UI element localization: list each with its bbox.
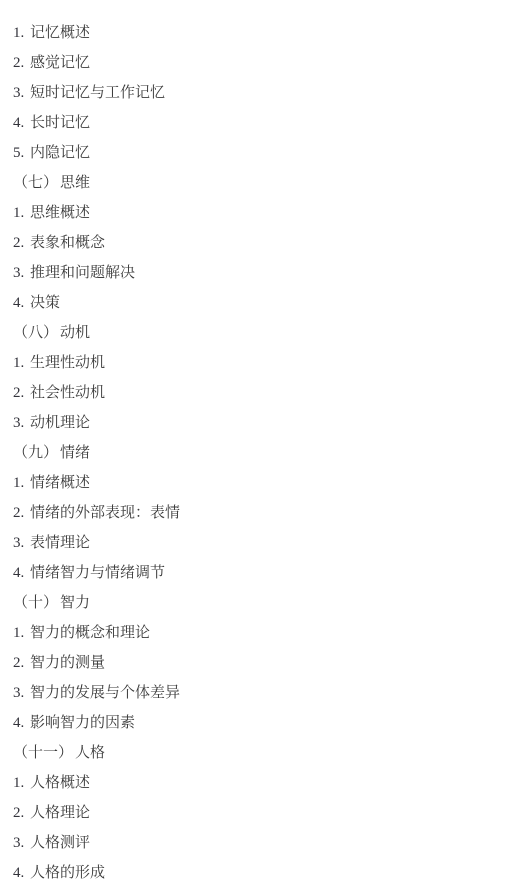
outline-item: 3.推理和问题解决 xyxy=(13,258,513,288)
section-title: 动机 xyxy=(60,318,90,348)
item-number: 1. xyxy=(13,618,30,648)
item-text: 表情理论 xyxy=(30,528,90,558)
outline-item: 1.记忆概述 xyxy=(13,18,513,48)
item-number: 4. xyxy=(13,288,30,318)
outline-item: 1.情绪概述 xyxy=(13,468,513,498)
section-number: （十） xyxy=(13,588,58,618)
item-number: 1. xyxy=(13,198,30,228)
item-number: 2. xyxy=(13,798,30,828)
item-number: 2. xyxy=(13,378,30,408)
outline-item: 2.情绪的外部表现：表情 xyxy=(13,498,513,528)
item-number: 3. xyxy=(13,828,30,858)
item-number: 3. xyxy=(13,678,30,708)
item-text: 人格的形成 xyxy=(30,858,105,888)
section-number: （八） xyxy=(13,318,58,348)
section-heading: （九）情绪 xyxy=(13,438,513,468)
item-text: 决策 xyxy=(30,288,60,318)
item-number: 4. xyxy=(13,858,30,888)
section-heading: （十一）人格 xyxy=(13,738,513,768)
outline-item: 1.智力的概念和理论 xyxy=(13,618,513,648)
item-text: 情绪的外部表现：表情 xyxy=(30,498,180,528)
outline-item: 4.情绪智力与情绪调节 xyxy=(13,558,513,588)
item-text: 情绪概述 xyxy=(30,468,90,498)
section-number: （十一） xyxy=(13,738,73,768)
section-heading: （十）智力 xyxy=(13,588,513,618)
outline-item: 5.内隐记忆 xyxy=(13,138,513,168)
item-text: 推理和问题解决 xyxy=(30,258,135,288)
item-number: 1. xyxy=(13,348,30,378)
section-title: 思维 xyxy=(60,168,90,198)
item-text: 人格概述 xyxy=(30,768,90,798)
item-text: 内隐记忆 xyxy=(30,138,90,168)
outline-item: 1.思维概述 xyxy=(13,198,513,228)
section-heading: （八）动机 xyxy=(13,318,513,348)
item-text: 人格测评 xyxy=(30,828,90,858)
item-number: 2. xyxy=(13,648,30,678)
section-title: 人格 xyxy=(75,738,105,768)
outline-item: 4.长时记忆 xyxy=(13,108,513,138)
outline-item: 2.感觉记忆 xyxy=(13,48,513,78)
outline-item: 4.影响智力的因素 xyxy=(13,708,513,738)
outline-item: 3.智力的发展与个体差异 xyxy=(13,678,513,708)
item-text: 情绪智力与情绪调节 xyxy=(30,558,165,588)
outline-item: 2.人格理论 xyxy=(13,798,513,828)
item-number: 3. xyxy=(13,408,30,438)
item-text: 人格理论 xyxy=(30,798,90,828)
document-page: 1.记忆概述2.感觉记忆3.短时记忆与工作记忆4.长时记忆5.内隐记忆（七）思维… xyxy=(0,0,523,895)
outline-item: 2.社会性动机 xyxy=(13,378,513,408)
item-text: 表象和概念 xyxy=(30,228,105,258)
item-text: 思维概述 xyxy=(30,198,90,228)
item-number: 2. xyxy=(13,228,30,258)
outline-item: 1.生理性动机 xyxy=(13,348,513,378)
outline-item: 2.表象和概念 xyxy=(13,228,513,258)
item-number: 1. xyxy=(13,468,30,498)
outline-item: 1.人格概述 xyxy=(13,768,513,798)
syllabus-outline-list: 1.记忆概述2.感觉记忆3.短时记忆与工作记忆4.长时记忆5.内隐记忆（七）思维… xyxy=(13,18,513,888)
item-text: 短时记忆与工作记忆 xyxy=(30,78,165,108)
section-number: （九） xyxy=(13,438,58,468)
section-number: （七） xyxy=(13,168,58,198)
item-text: 动机理论 xyxy=(30,408,90,438)
item-number: 4. xyxy=(13,108,30,138)
item-text: 社会性动机 xyxy=(30,378,105,408)
item-text: 记忆概述 xyxy=(30,18,90,48)
item-text: 影响智力的因素 xyxy=(30,708,135,738)
item-text: 智力的概念和理论 xyxy=(30,618,150,648)
item-number: 4. xyxy=(13,558,30,588)
section-title: 智力 xyxy=(60,588,90,618)
item-number: 1. xyxy=(13,768,30,798)
item-number: 4. xyxy=(13,708,30,738)
item-number: 3. xyxy=(13,258,30,288)
item-number: 2. xyxy=(13,48,30,78)
outline-item: 3.动机理论 xyxy=(13,408,513,438)
item-text: 长时记忆 xyxy=(30,108,90,138)
outline-item: 4.决策 xyxy=(13,288,513,318)
section-title: 情绪 xyxy=(60,438,90,468)
item-text: 生理性动机 xyxy=(30,348,105,378)
item-text: 智力的测量 xyxy=(30,648,105,678)
section-heading: （七）思维 xyxy=(13,168,513,198)
outline-item: 2.智力的测量 xyxy=(13,648,513,678)
outline-item: 3.人格测评 xyxy=(13,828,513,858)
item-number: 3. xyxy=(13,78,30,108)
item-number: 2. xyxy=(13,498,30,528)
item-number: 5. xyxy=(13,138,30,168)
item-text: 智力的发展与个体差异 xyxy=(30,678,180,708)
outline-item: 3.表情理论 xyxy=(13,528,513,558)
outline-item: 3.短时记忆与工作记忆 xyxy=(13,78,513,108)
item-number: 1. xyxy=(13,18,30,48)
item-number: 3. xyxy=(13,528,30,558)
outline-item: 4.人格的形成 xyxy=(13,858,513,888)
item-text: 感觉记忆 xyxy=(30,48,90,78)
